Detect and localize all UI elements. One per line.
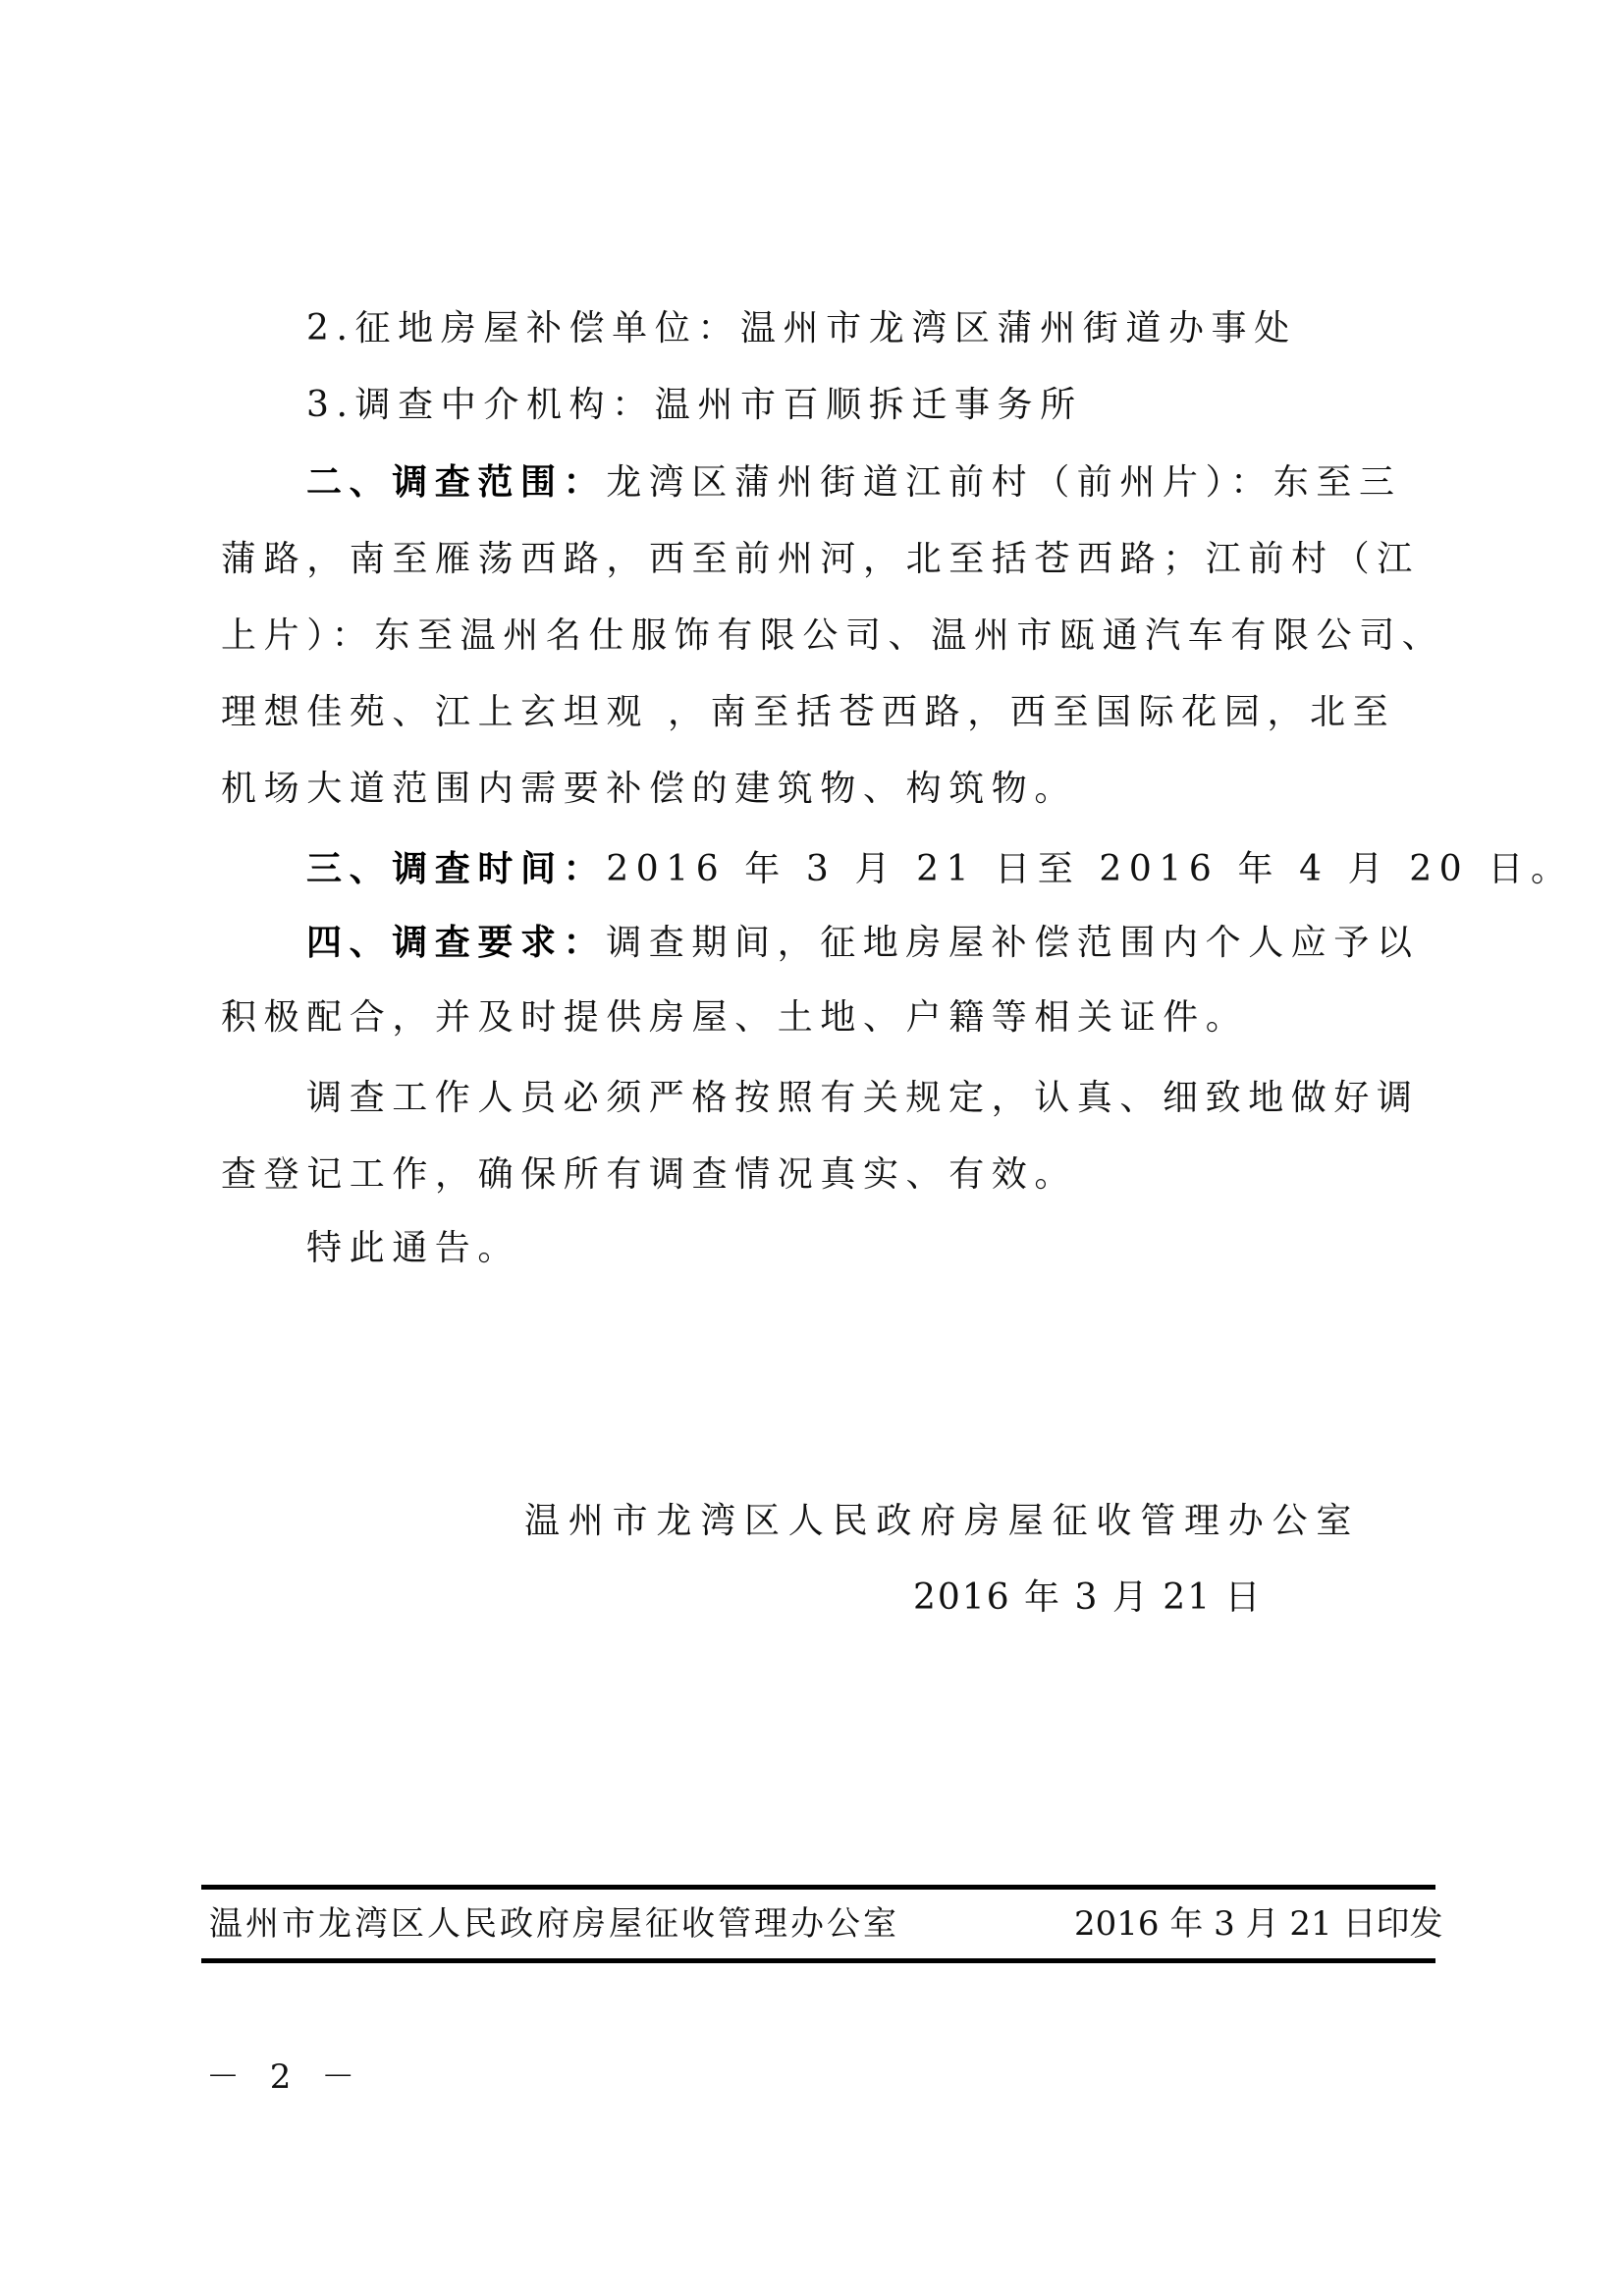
section-2-text: 龙湾区蒲州街道江前村（前州片）：东至三	[606, 462, 1401, 503]
section-2-line: 蒲路，南至雁荡西路，西至前州河，北至括苍西路；江前村（江	[221, 538, 1420, 581]
section-2-line: 上片）：东至温州名仕服饰有限公司、温州市瓯通汽车有限公司、	[221, 614, 1444, 658]
item-3-survey-agency: 3.调查中介机构：温州市百顺拆迁事务所	[306, 384, 1083, 427]
staff-paragraph-line: 调查工作人员必须严格按照有关规定，认真、细致地做好调	[306, 1077, 1420, 1120]
item-2-compensation-unit: 2.征地房屋补偿单位：温州市龙湾区蒲州街道办事处	[306, 307, 1297, 350]
footer-top-rule	[201, 1885, 1435, 1890]
section-3-text: 2016 年 3 月 21 日至 2016 年 4 月 20 日。	[606, 849, 1573, 889]
footer-bottom-rule	[201, 1958, 1435, 1963]
document-page: 2.征地房屋补偿单位：温州市龙湾区蒲州街道办事处 3.调查中介机构：温州市百顺拆…	[0, 0, 1624, 2296]
footer-issuer: 温州市龙湾区人民政府房屋征收管理办公室	[209, 1902, 899, 1946]
section-4-first-line: 四、调查要求：调查期间，征地房屋补偿范围内个人应予以	[306, 922, 1420, 965]
section-2-line: 理想佳苑、江上玄坦观 ，南至括苍西路，西至国际花园，北至	[221, 691, 1395, 734]
section-3-heading: 三、调查时间：	[306, 849, 606, 889]
signature-date: 2016 年 3 月 21 日	[913, 1576, 1263, 1620]
section-2-line: 机场大道范围内需要补偿的建筑物、构筑物。	[221, 768, 1077, 811]
closing-text: 特此通告。	[306, 1227, 520, 1270]
section-4-line: 积极配合，并及时提供房屋、土地、户籍等相关证件。	[221, 996, 1248, 1040]
staff-paragraph-line: 查登记工作，确保所有调查情况真实、有效。	[221, 1153, 1077, 1197]
section-2-first-line: 二、调查范围：龙湾区蒲州街道江前村（前州片）：东至三	[306, 461, 1402, 505]
page-number: － 2 －	[206, 2056, 364, 2099]
signature-issuer: 温州市龙湾区人民政府房屋征收管理办公室	[524, 1500, 1360, 1543]
section-2-heading: 二、调查范围：	[306, 462, 606, 503]
footer-print-date: 2016 年 3 月 21 日印发	[1074, 1902, 1442, 1946]
section-3-line: 三、调查时间：2016 年 3 月 21 日至 2016 年 4 月 20 日。	[306, 848, 1574, 891]
section-4-heading: 四、调查要求：	[306, 923, 606, 963]
section-4-text: 调查期间，征地房屋补偿范围内个人应予以	[606, 923, 1419, 963]
